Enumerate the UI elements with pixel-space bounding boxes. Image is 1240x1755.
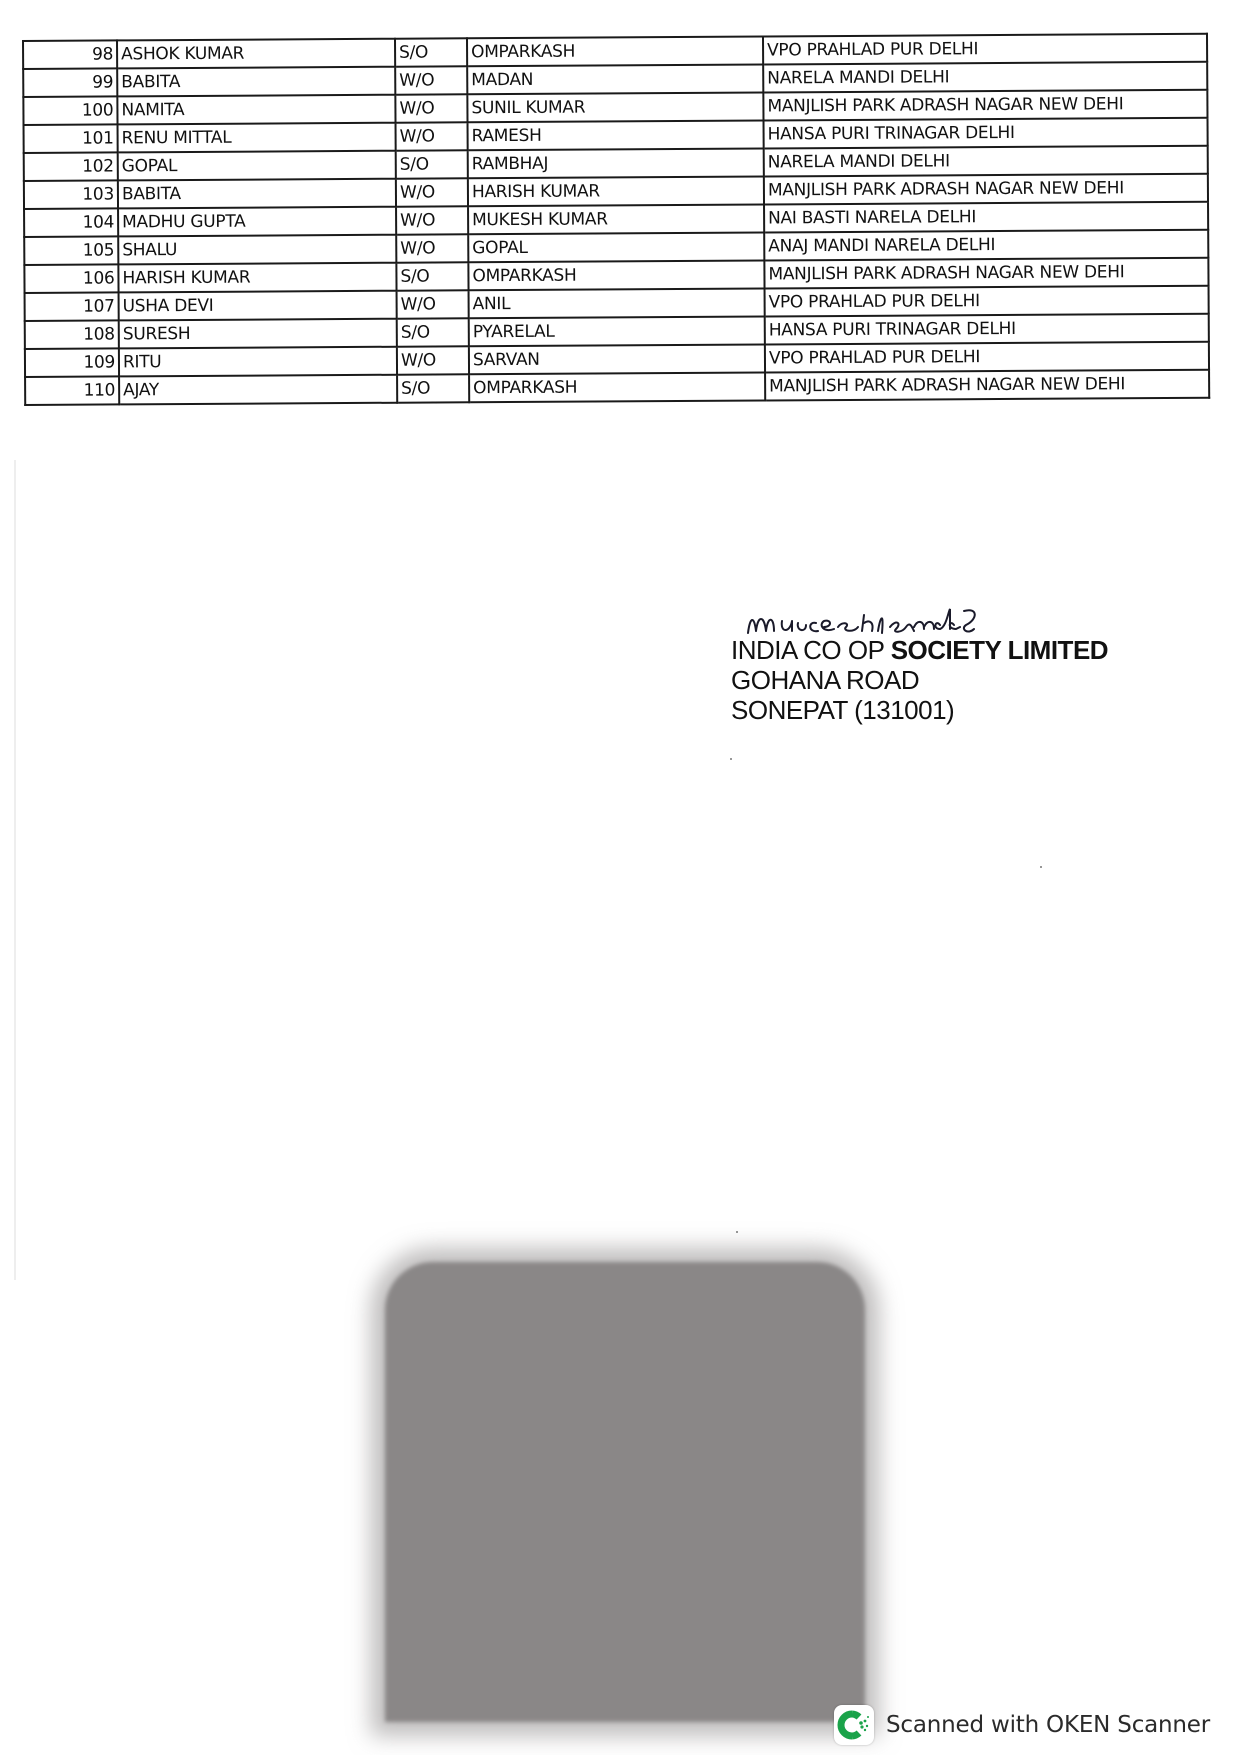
serial-number-cell: 108 [25, 320, 119, 349]
relation-cell: W/O [396, 122, 468, 150]
member-name-cell: SURESH [119, 319, 397, 349]
serial-number-cell: 105 [24, 236, 118, 265]
guardian-name-cell: SUNIL KUMAR [467, 92, 763, 122]
guardian-name-cell: OMPARKASH [469, 372, 765, 402]
scanner-watermark: Scanned with OKEN Scanner [834, 1705, 1210, 1745]
member-name-cell: GOPAL [118, 151, 396, 181]
relation-cell: W/O [397, 346, 469, 374]
member-name-cell: NAMITA [117, 95, 395, 125]
guardian-name-cell: OMPARKASH [468, 260, 764, 290]
guardian-name-cell: GOPAL [468, 232, 764, 262]
member-name-cell: RENU MITTAL [118, 123, 396, 153]
guardian-name-cell: RAMBHAJ [468, 148, 764, 178]
page-edge [14, 460, 16, 1280]
signature [731, 605, 1151, 635]
serial-number-cell: 106 [24, 264, 118, 293]
stamp-org-name-bold: SOCIETY LIMITED [891, 635, 1108, 665]
member-name-cell: ASHOK KUMAR [117, 39, 395, 69]
guardian-name-cell: MADAN [467, 64, 763, 94]
member-name-cell: SHALU [118, 235, 396, 265]
serial-number-cell: 102 [24, 152, 118, 181]
address-cell: HANSA PURI TRINAGAR DELHI [765, 314, 1209, 345]
scan-speck [736, 1231, 738, 1233]
guardian-name-cell: OMPARKASH [467, 36, 763, 66]
relation-cell: W/O [395, 66, 467, 94]
relation-cell: W/O [396, 206, 468, 234]
serial-number-cell: 98 [23, 40, 117, 69]
member-table-body: 98 ASHOK KUMAR S/O OMPARKASH VPO PRAHLAD… [23, 34, 1209, 405]
serial-number-cell: 104 [24, 208, 118, 237]
member-name-cell: MADHU GUPTA [118, 207, 396, 237]
serial-number-cell: 99 [23, 68, 117, 97]
address-cell: MANJLISH PARK ADRASH NAGAR NEW DEHI [764, 258, 1208, 289]
guardian-name-cell: MUKESH KUMAR [468, 204, 764, 234]
member-table: 98 ASHOK KUMAR S/O OMPARKASH VPO PRAHLAD… [22, 33, 1210, 406]
relation-cell: W/O [395, 94, 467, 122]
relation-cell: W/O [397, 290, 469, 318]
table-row: 110 AJAY S/O OMPARKASH MANJLISH PARK ADR… [25, 370, 1209, 405]
guardian-name-cell: ANIL [469, 288, 765, 318]
relation-cell: W/O [396, 178, 468, 206]
member-name-cell: USHA DEVI [119, 291, 397, 321]
scan-speck [730, 758, 732, 760]
serial-number-cell: 109 [25, 348, 119, 377]
serial-number-cell: 100 [23, 96, 117, 125]
address-cell: NARELA MANDI DELHI [764, 146, 1208, 177]
guardian-name-cell: HARISH KUMAR [468, 176, 764, 206]
address-cell: NARELA MANDI DELHI [763, 62, 1207, 93]
relation-cell: S/O [396, 150, 468, 178]
member-name-cell: BABITA [118, 179, 396, 209]
guardian-name-cell: RAMESH [468, 120, 764, 150]
member-name-cell: RITU [119, 347, 397, 377]
guardian-name-cell: SARVAN [469, 344, 765, 374]
relation-cell: W/O [396, 234, 468, 262]
address-cell: NAI BASTI NARELA DELHI [764, 202, 1208, 233]
relation-cell: S/O [395, 38, 467, 66]
address-cell: MANJLISH PARK ADRASH NAGAR NEW DEHI [764, 174, 1208, 205]
serial-number-cell: 107 [25, 292, 119, 321]
address-cell: ANAJ MANDI NARELA DELHI [764, 230, 1208, 261]
address-cell: MANJLISH PARK ADRASH NAGAR NEW DEHI [763, 90, 1207, 121]
address-cell: VPO PRAHLAD PUR DELHI [765, 286, 1209, 317]
watermark-text: Scanned with OKEN Scanner [886, 1712, 1210, 1738]
oken-scanner-logo-icon [834, 1705, 874, 1745]
relation-cell: S/O [397, 374, 469, 402]
guardian-name-cell: PYARELAL [469, 316, 765, 346]
stamp-line-2: GOHANA ROAD [731, 665, 1151, 695]
address-cell: HANSA PURI TRINAGAR DELHI [764, 118, 1208, 149]
relation-cell: S/O [396, 262, 468, 290]
stamp-line-3: SONEPAT (131001) [731, 695, 1151, 725]
address-cell: VPO PRAHLAD PUR DELHI [763, 34, 1207, 65]
address-cell: MANJLISH PARK ADRASH NAGAR NEW DEHI [765, 370, 1209, 401]
stamp-line-1: INDIA CO OP SOCIETY LIMITED [731, 635, 1151, 665]
address-cell: VPO PRAHLAD PUR DELHI [765, 342, 1209, 373]
redacted-region [385, 1262, 865, 1722]
signature-icon [746, 605, 1076, 639]
member-name-cell: BABITA [117, 67, 395, 97]
serial-number-cell: 110 [25, 376, 119, 405]
serial-number-cell: 103 [24, 180, 118, 209]
stamp-org-name: INDIA CO OP [731, 635, 891, 665]
scan-speck [1040, 866, 1042, 868]
serial-number-cell: 101 [24, 124, 118, 153]
member-name-cell: AJAY [119, 375, 397, 405]
member-name-cell: HARISH KUMAR [118, 263, 396, 293]
society-stamp: INDIA CO OP SOCIETY LIMITED GOHANA ROAD … [731, 605, 1151, 725]
relation-cell: S/O [397, 318, 469, 346]
